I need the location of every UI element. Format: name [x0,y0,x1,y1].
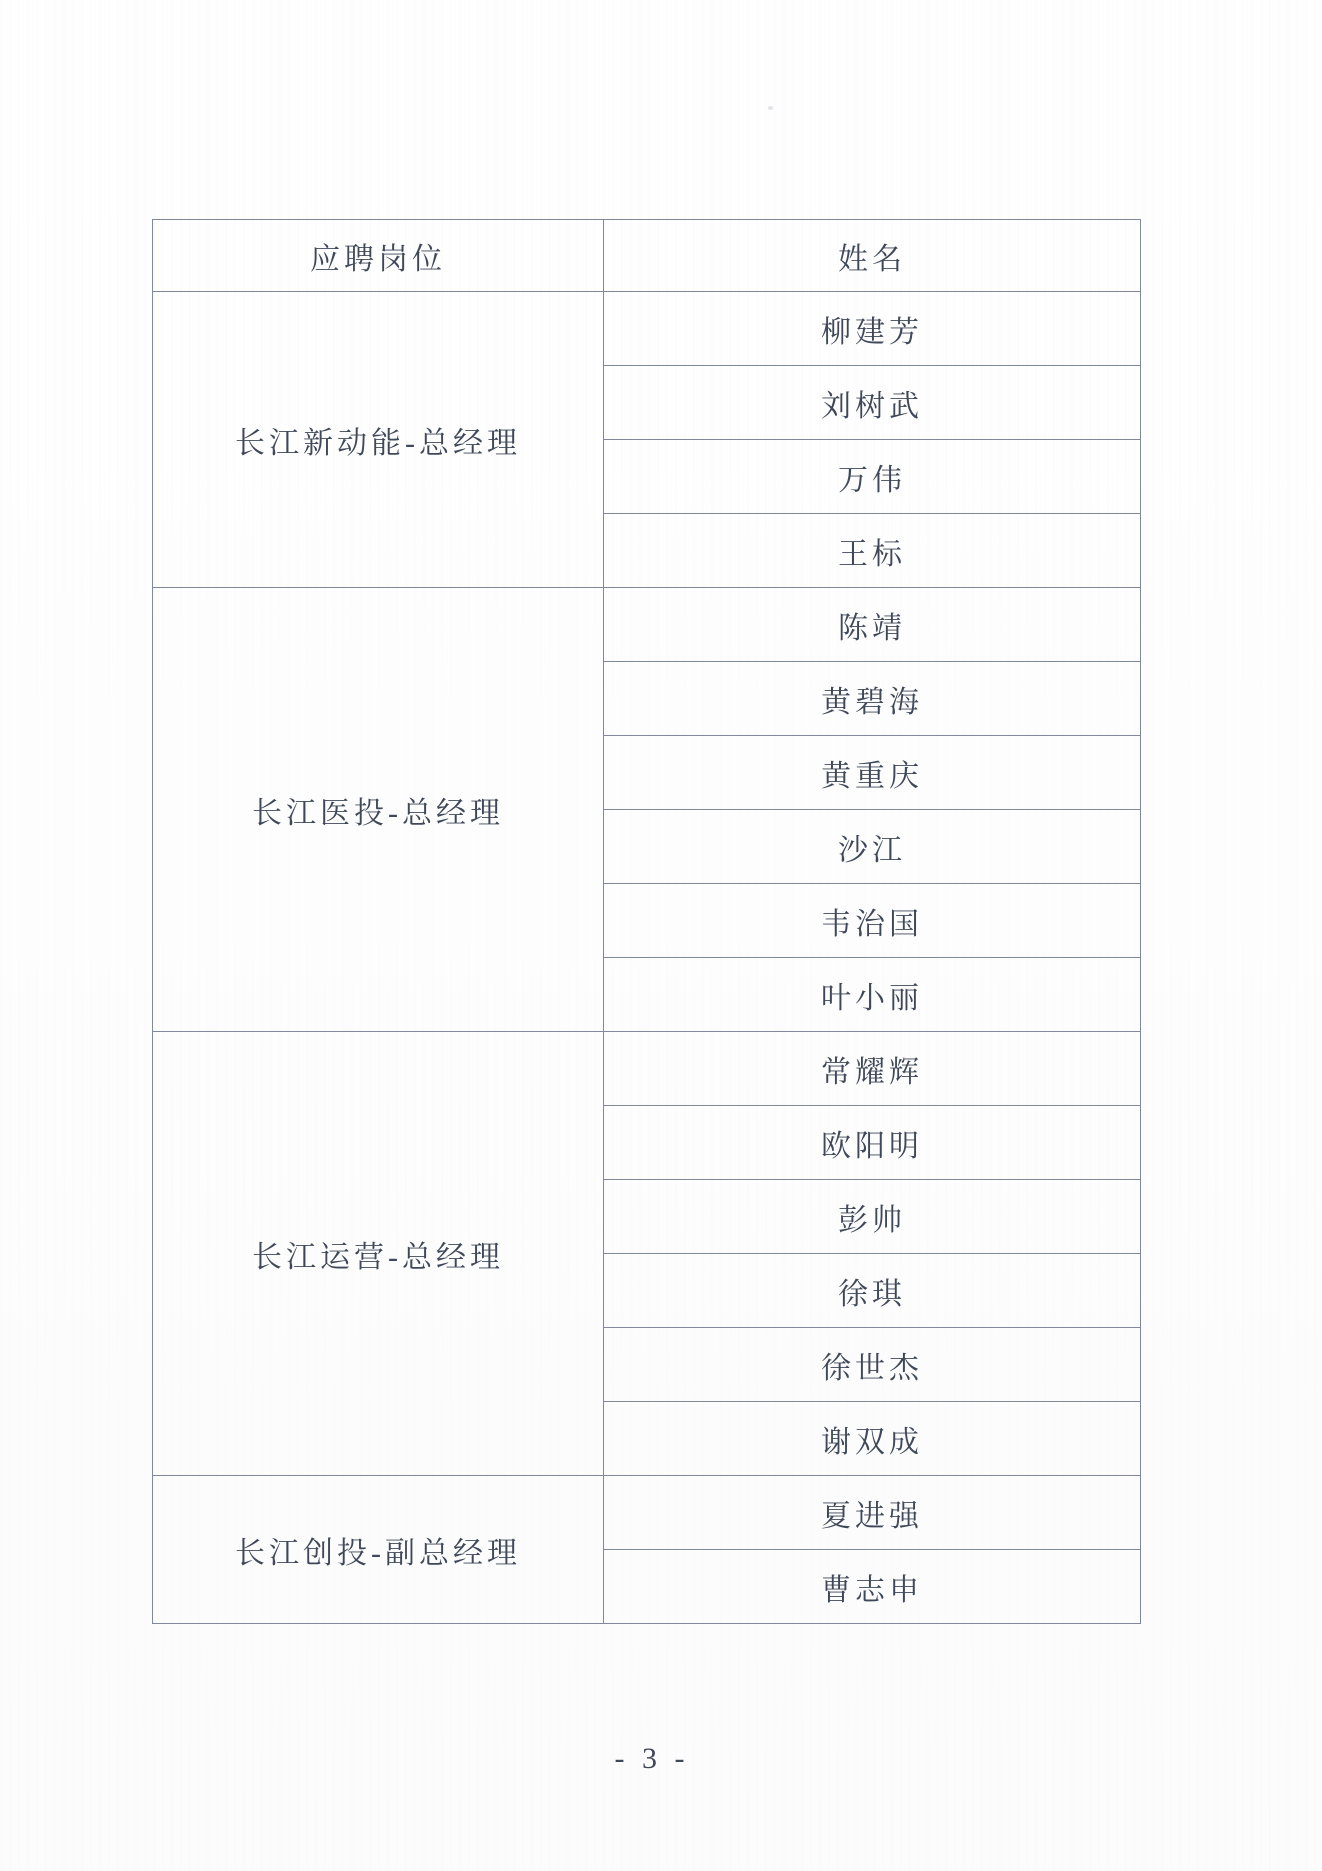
position-cell: 长江创投-副总经理 [153,1476,604,1624]
name-cell: 沙江 [604,810,1141,884]
position-cell: 长江新动能-总经理 [153,292,604,588]
name-cell: 彭帅 [604,1180,1141,1254]
name-cell: 黄重庆 [604,736,1141,810]
table-row: 长江新动能-总经理柳建芳 [153,292,1141,366]
header-name-column: 姓名 [604,220,1141,292]
name-cell: 谢双成 [604,1402,1141,1476]
name-cell: 叶小丽 [604,958,1141,1032]
name-cell: 曹志申 [604,1550,1141,1624]
name-cell: 王标 [604,514,1141,588]
name-cell: 柳建芳 [604,292,1141,366]
page-number: - 3 - [0,1742,1313,1776]
name-cell: 夏进强 [604,1476,1141,1550]
name-cell: 刘树武 [604,366,1141,440]
scan-speckle-artifact [768,106,773,110]
applicant-roster-table: 应聘岗位 姓名 长江新动能-总经理柳建芳刘树武万伟王标长江医投-总经理陈靖黄碧海… [152,219,1141,1624]
position-cell: 长江医投-总经理 [153,588,604,1032]
name-cell: 黄碧海 [604,662,1141,736]
table-row: 长江医投-总经理陈靖 [153,588,1141,662]
table-row: 长江运营-总经理常耀辉 [153,1032,1141,1106]
name-cell: 韦治国 [604,884,1141,958]
name-cell: 徐琪 [604,1254,1141,1328]
document-page: 应聘岗位 姓名 长江新动能-总经理柳建芳刘树武万伟王标长江医投-总经理陈靖黄碧海… [0,0,1322,1871]
name-cell: 万伟 [604,440,1141,514]
position-cell: 长江运营-总经理 [153,1032,604,1476]
name-cell: 常耀辉 [604,1032,1141,1106]
table-row: 长江创投-副总经理夏进强 [153,1476,1141,1550]
header-position-column: 应聘岗位 [153,220,604,292]
name-cell: 徐世杰 [604,1328,1141,1402]
table-body: 长江新动能-总经理柳建芳刘树武万伟王标长江医投-总经理陈靖黄碧海黄重庆沙江韦治国… [153,292,1141,1624]
name-cell: 陈靖 [604,588,1141,662]
name-cell: 欧阳明 [604,1106,1141,1180]
table-header-row: 应聘岗位 姓名 [153,220,1141,292]
